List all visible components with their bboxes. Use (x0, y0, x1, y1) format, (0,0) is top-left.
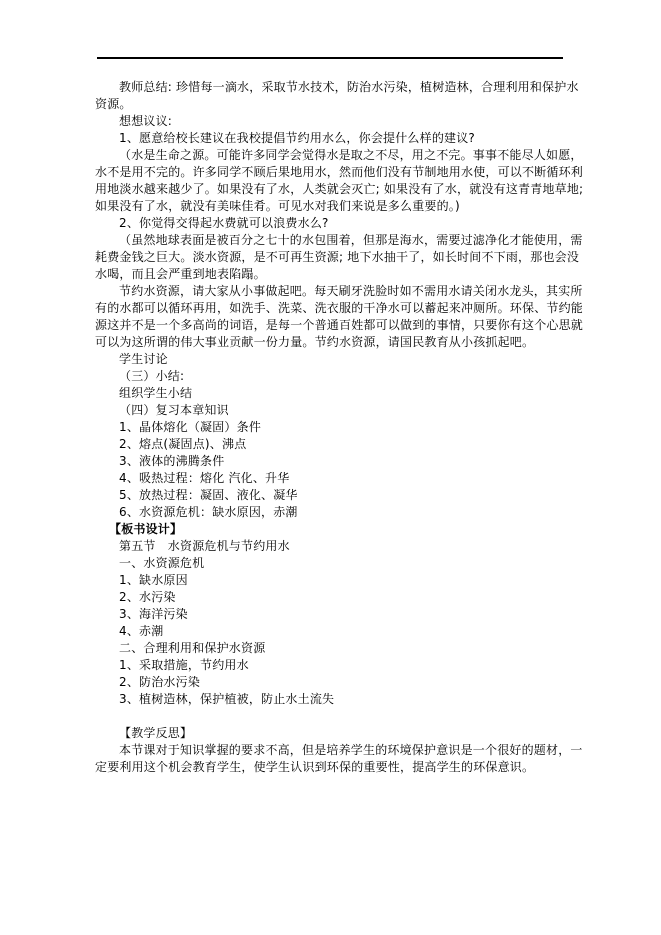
text-line: 5、放热过程：凝固、液化、凝华 (95, 487, 575, 504)
text-line: 二、合理利用和保护水资源 (95, 640, 575, 657)
text-line: 4、吸热过程：熔化 汽化、升华 (95, 470, 575, 487)
text-line: （三）小结: (95, 368, 575, 385)
text-line: 第五节 水资源危机与节约用水 (95, 538, 575, 555)
text-line: 1、采取措施，节约用水 (95, 657, 575, 674)
text-line: 1、晶体熔化（凝固）条件 (95, 419, 575, 436)
text-line: 4、赤潮 (95, 623, 575, 640)
text-line: 2、你觉得交得起水费就可以浪费水么? (95, 215, 575, 232)
text-line: 1、愿意给校长建议在我校提倡节约用水么，你会提什么样的建议? (95, 130, 575, 147)
text-line: 节约水资源，请大家从小事做起吧。每天刷牙洗脸时如不需用水请关闭水龙头，其实所 (95, 283, 575, 300)
document-body: 教师总结: 珍惜每一滴水，采取节水技术，防治水污染，植树造林，合理利用和保护水资… (95, 79, 575, 776)
document-page: 教师总结: 珍惜每一滴水，采取节水技术，防治水污染，植树造林，合理利用和保护水资… (0, 0, 661, 935)
text-line: 2、水污染 (95, 589, 575, 606)
text-line: 3、海洋污染 (95, 606, 575, 623)
text-line: 6、水资源危机：缺水原因，赤潮 (95, 504, 575, 521)
text-line: 水喝，而且会严重到地表陷蹋。 (95, 266, 575, 283)
text-line: 3、液体的沸腾条件 (95, 453, 575, 470)
text-line: 【板书设计】 (95, 521, 575, 538)
text-line: 用地淡水越来越少了。如果没有了水，人类就会灭亡; 如果没有了水，就没有这青青地草… (95, 181, 575, 198)
text-line: 2、熔点(凝固点)、沸点 (95, 436, 575, 453)
text-line: 教师总结: 珍惜每一滴水，采取节水技术，防治水污染，植树造林，合理利用和保护水 (95, 79, 575, 96)
text-line: 水不是用不完的。许多同学不顾后果地用水，然而他们没有节制地用水使，可以不断循环利 (95, 164, 575, 181)
text-line: （四）复习本章知识 (95, 402, 575, 419)
text-line: 有的水都可以循环再用，如洗手、洗菜、洗衣服的干净水可以蓄起来冲厕所。环保、节约能 (95, 300, 575, 317)
text-line: 想想议议: (95, 113, 575, 130)
text-line: 学生讨论 (95, 351, 575, 368)
header-rule (97, 57, 563, 59)
text-line: 一、水资源危机 (95, 555, 575, 572)
text-line: （虽然地球表面是被百分之七十的水包围着，但那是海水，需要过滤净化才能使用，需 (95, 232, 575, 249)
text-line: 2、防治水污染 (95, 674, 575, 691)
text-line: 【教学反思】 (95, 725, 575, 742)
text-line: 本节课对于知识掌握的要求不高，但是培养学生的环境保护意识是一个很好的题材，一 (95, 742, 575, 759)
text-line: 组织学生小结 (95, 385, 575, 402)
blank-line (95, 708, 575, 725)
text-line: 1、缺水原因 (95, 572, 575, 589)
text-line: 源这并不是一个多高尚的词语，是每一个普通百姓都可以做到的事情，只要你有这个心思就 (95, 317, 575, 334)
text-line: 资源。 (95, 96, 575, 113)
text-line: 耗费金钱之巨大。淡水资源，是不可再生资源; 地下水抽干了，如长时间不下雨，那也会… (95, 249, 575, 266)
text-line: 定要利用这个机会教育学生，使学生认识到环保的重要性，提高学生的环保意识。 (95, 759, 575, 776)
text-line: 如果没有了水，就没有美味佳肴。可见水对我们来说是多么重要的。) (95, 198, 575, 215)
text-line: 3、植树造林，保护植被，防止水土流失 (95, 691, 575, 708)
text-line: 可以为这所谓的伟大事业贡献一份力量。节约水资源，请国民教育从小孩抓起吧。 (95, 334, 575, 351)
text-line: （水是生命之源。可能许多同学会觉得水是取之不尽，用之不完。事事不能尽人如愿， (95, 147, 575, 164)
